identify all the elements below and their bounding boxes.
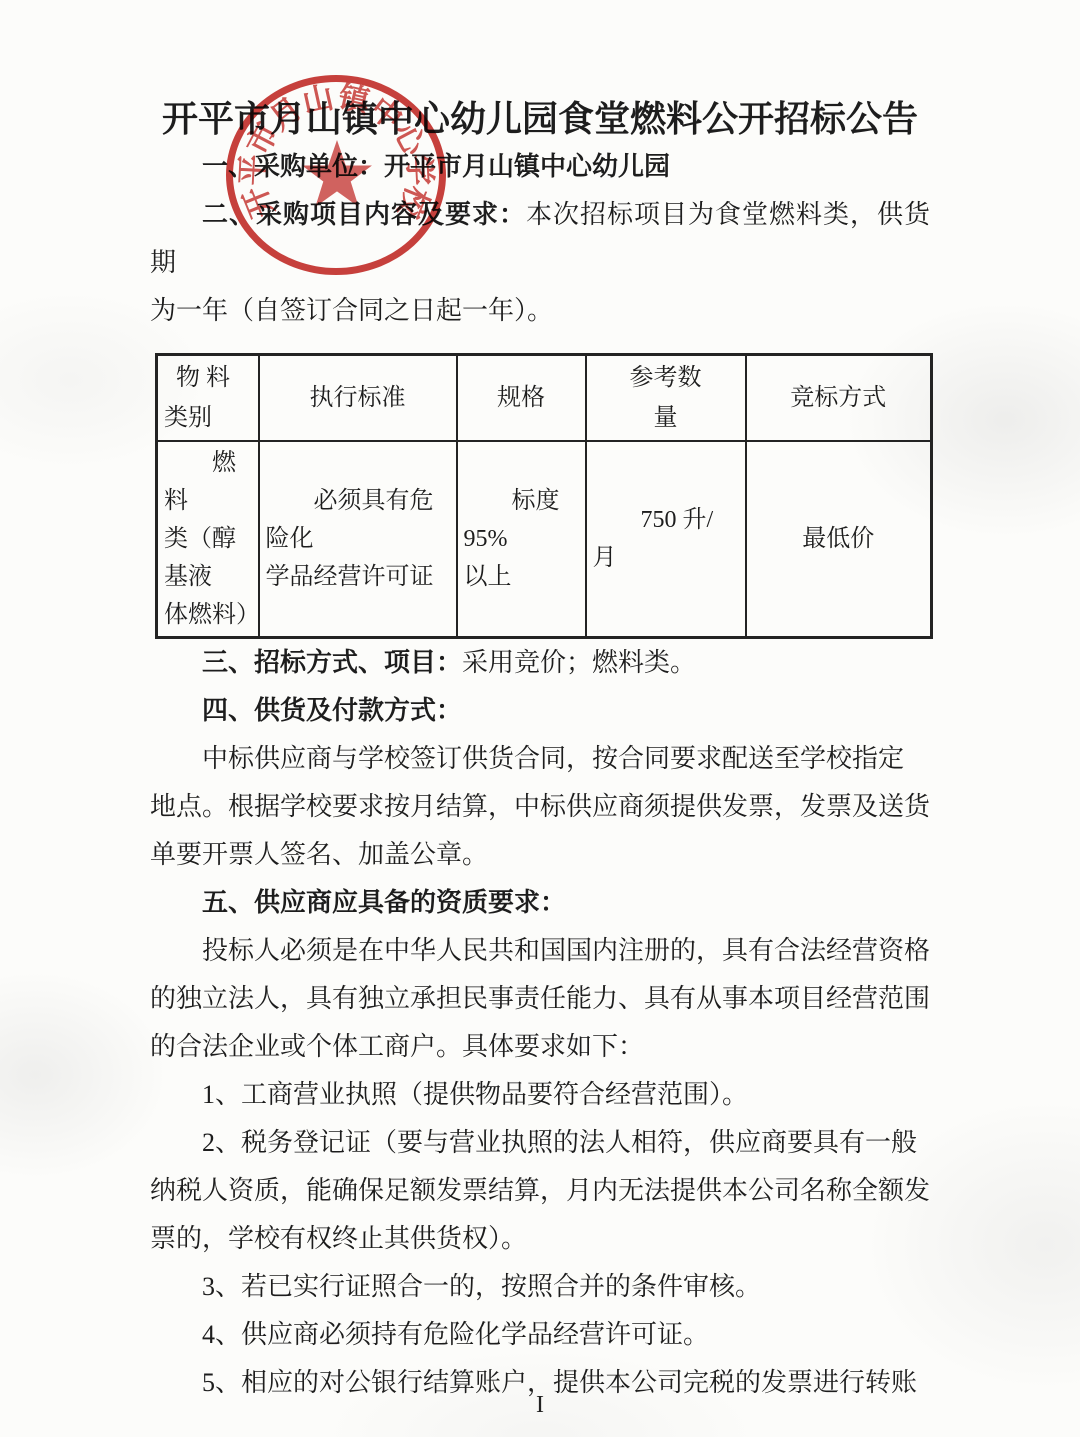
- section-3-bidding-method: 三、招标方式、项目：采用竞价；燃料类。: [150, 639, 930, 687]
- page-number: I: [0, 1390, 1080, 1420]
- section-1-text: 开平市月山镇中心幼儿园: [384, 152, 670, 181]
- section-4-heading: 四、供货及付款方式：: [150, 687, 930, 735]
- section-3-text: 采用竞价；燃料类。: [462, 648, 696, 677]
- section-1-purchasing-unit: 一、采购单位：开平市月山镇中心幼儿园: [150, 143, 930, 191]
- requirement-item-1: 1、工商营业执照（提供物品要符合经营范围）。: [150, 1071, 930, 1119]
- section-4-paragraph: 中标供应商与学校签订供货合同，按合同要求配送至学校指定 地点。根据学校要求按月结…: [150, 735, 930, 879]
- header-bidding-method: 竞标方式: [746, 355, 932, 442]
- header-execution-standard: 执行标准: [259, 355, 457, 442]
- table-header-row: 物 料 类别 执行标准 规格 参考数 量 竞标方式: [157, 355, 932, 442]
- cell-bidding-method: 最低价: [746, 441, 932, 638]
- section-2-project-content: 二、采购项目内容及要求：本次招标项目为食堂燃料类，供货期 为一年（自签订合同之日…: [150, 191, 930, 335]
- header-reference-quantity: 参考数 量: [586, 355, 746, 442]
- section-5-label: 五、供应商应具备的资质要求：: [202, 888, 566, 917]
- cell-reference-quantity: 750 升/ 月: [586, 441, 746, 638]
- section-1-label: 一、采购单位：: [202, 152, 384, 181]
- section-5-heading: 五、供应商应具备的资质要求：: [150, 879, 930, 927]
- section-5-paragraph: 投标人必须是在中华人民共和国国内注册的，具有合法经营资格 的独立法人，具有独立承…: [150, 927, 930, 1071]
- section-4-label: 四、供货及付款方式：: [202, 696, 462, 725]
- cell-material-category: 燃料 类（醇基液 体燃料）: [157, 441, 259, 638]
- section-2-label: 二、采购项目内容及要求：: [202, 200, 526, 229]
- header-specification: 规格: [457, 355, 586, 442]
- header-material-category: 物 料 类别: [157, 355, 259, 442]
- cell-execution-standard: 必须具有危险化 学品经营许可证: [259, 441, 457, 638]
- document-page: 开平市月山镇中心幼儿园食堂燃料公开招标公告 一、采购单位：开平市月山镇中心幼儿园…: [0, 0, 1080, 1437]
- requirement-item-4: 4、供应商必须持有危险化学品经营许可证。: [150, 1311, 930, 1359]
- cell-specification: 标度 95% 以上: [457, 441, 586, 638]
- requirement-item-3: 3、若已实行证照合一的，按照合并的条件审核。: [150, 1263, 930, 1311]
- document-title: 开平市月山镇中心幼儿园食堂燃料公开招标公告: [150, 95, 930, 143]
- requirement-item-2: 2、税务登记证（要与营业执照的法人相符，供应商要具有一般 纳税人资质，能确保足额…: [150, 1119, 930, 1263]
- document-body: 开平市月山镇中心幼儿园食堂燃料公开招标公告 一、采购单位：开平市月山镇中心幼儿园…: [150, 0, 930, 1407]
- procurement-spec-table: 物 料 类别 执行标准 规格 参考数 量 竞标方式 燃料 类（醇基液 体燃料） …: [155, 353, 933, 639]
- section-3-label: 三、招标方式、项目：: [202, 648, 462, 677]
- table-data-row: 燃料 类（醇基液 体燃料） 必须具有危险化 学品经营许可证 标度 95% 以上 …: [157, 441, 932, 638]
